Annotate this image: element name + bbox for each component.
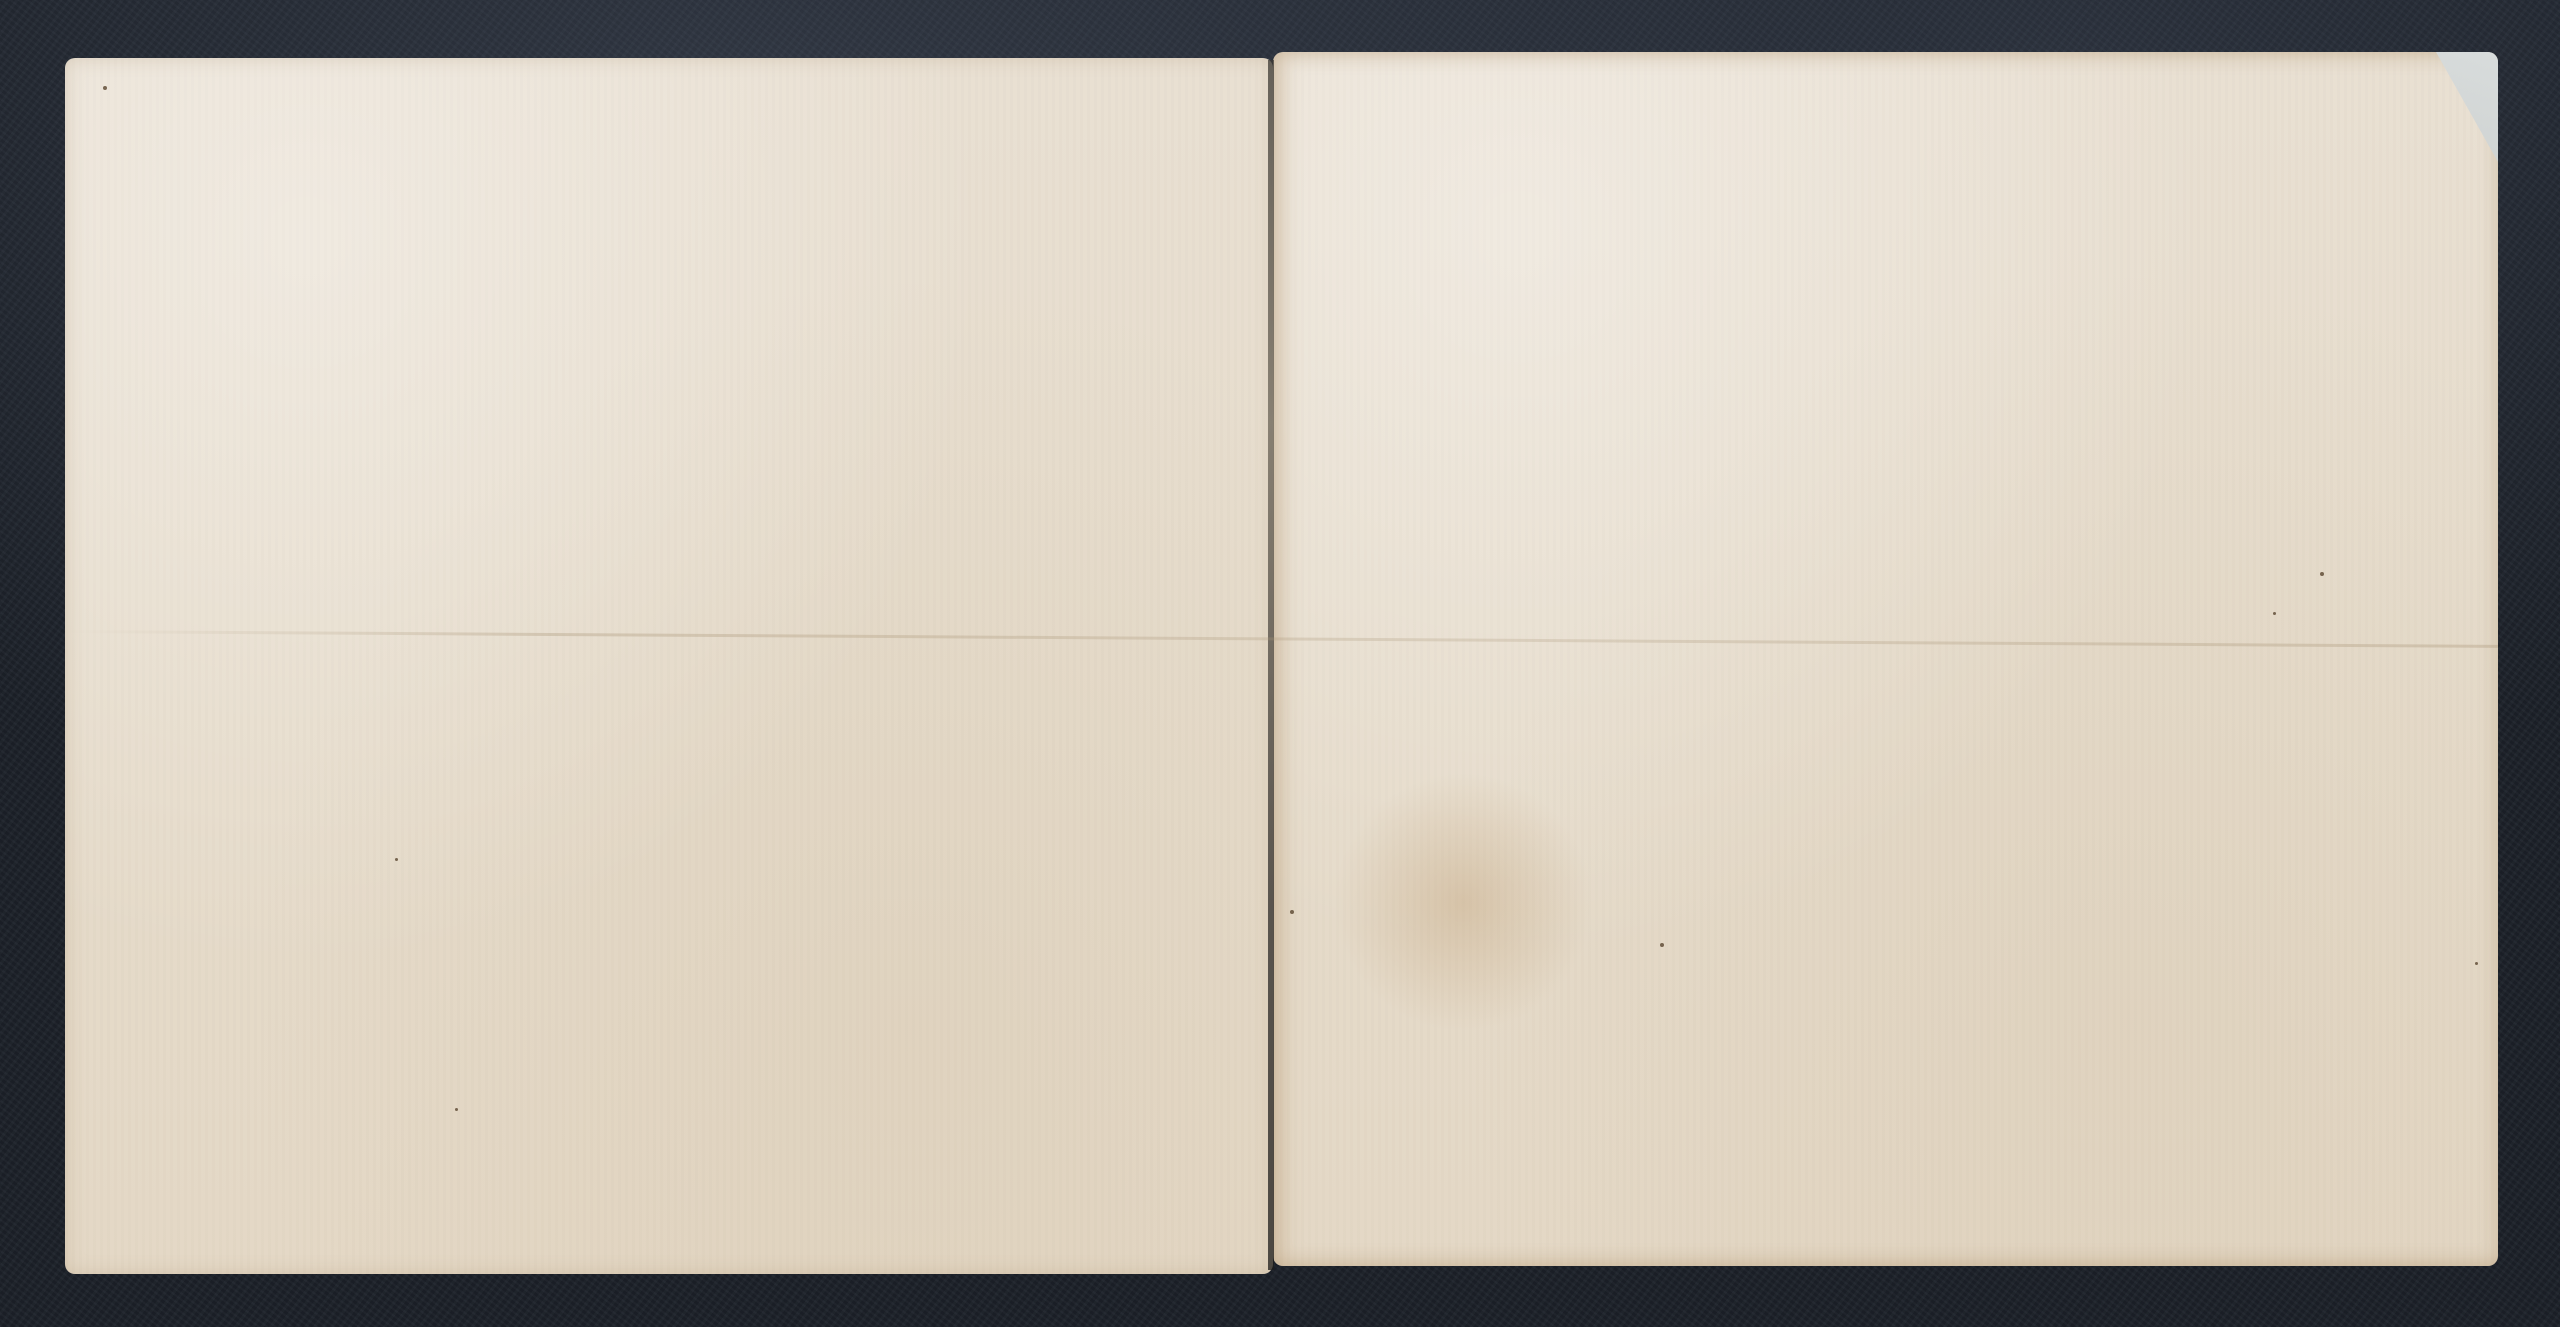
paper-panel-left: [65, 58, 1273, 1274]
corner-fold: [2436, 52, 2498, 162]
foxing-speck: [2273, 612, 2276, 615]
foxing-speck: [2320, 572, 2324, 576]
foxing-speck: [455, 1108, 458, 1111]
photo-scene: [0, 0, 2560, 1327]
age-stain: [1333, 772, 1593, 1032]
foxing-speck: [1660, 943, 1664, 947]
center-seam: [1268, 60, 1274, 1270]
foxing-speck: [2475, 962, 2478, 965]
foxing-speck: [103, 86, 107, 90]
foxing-speck: [395, 858, 398, 861]
foxing-speck: [1290, 910, 1294, 914]
paper-panel-right: [1273, 52, 2498, 1266]
